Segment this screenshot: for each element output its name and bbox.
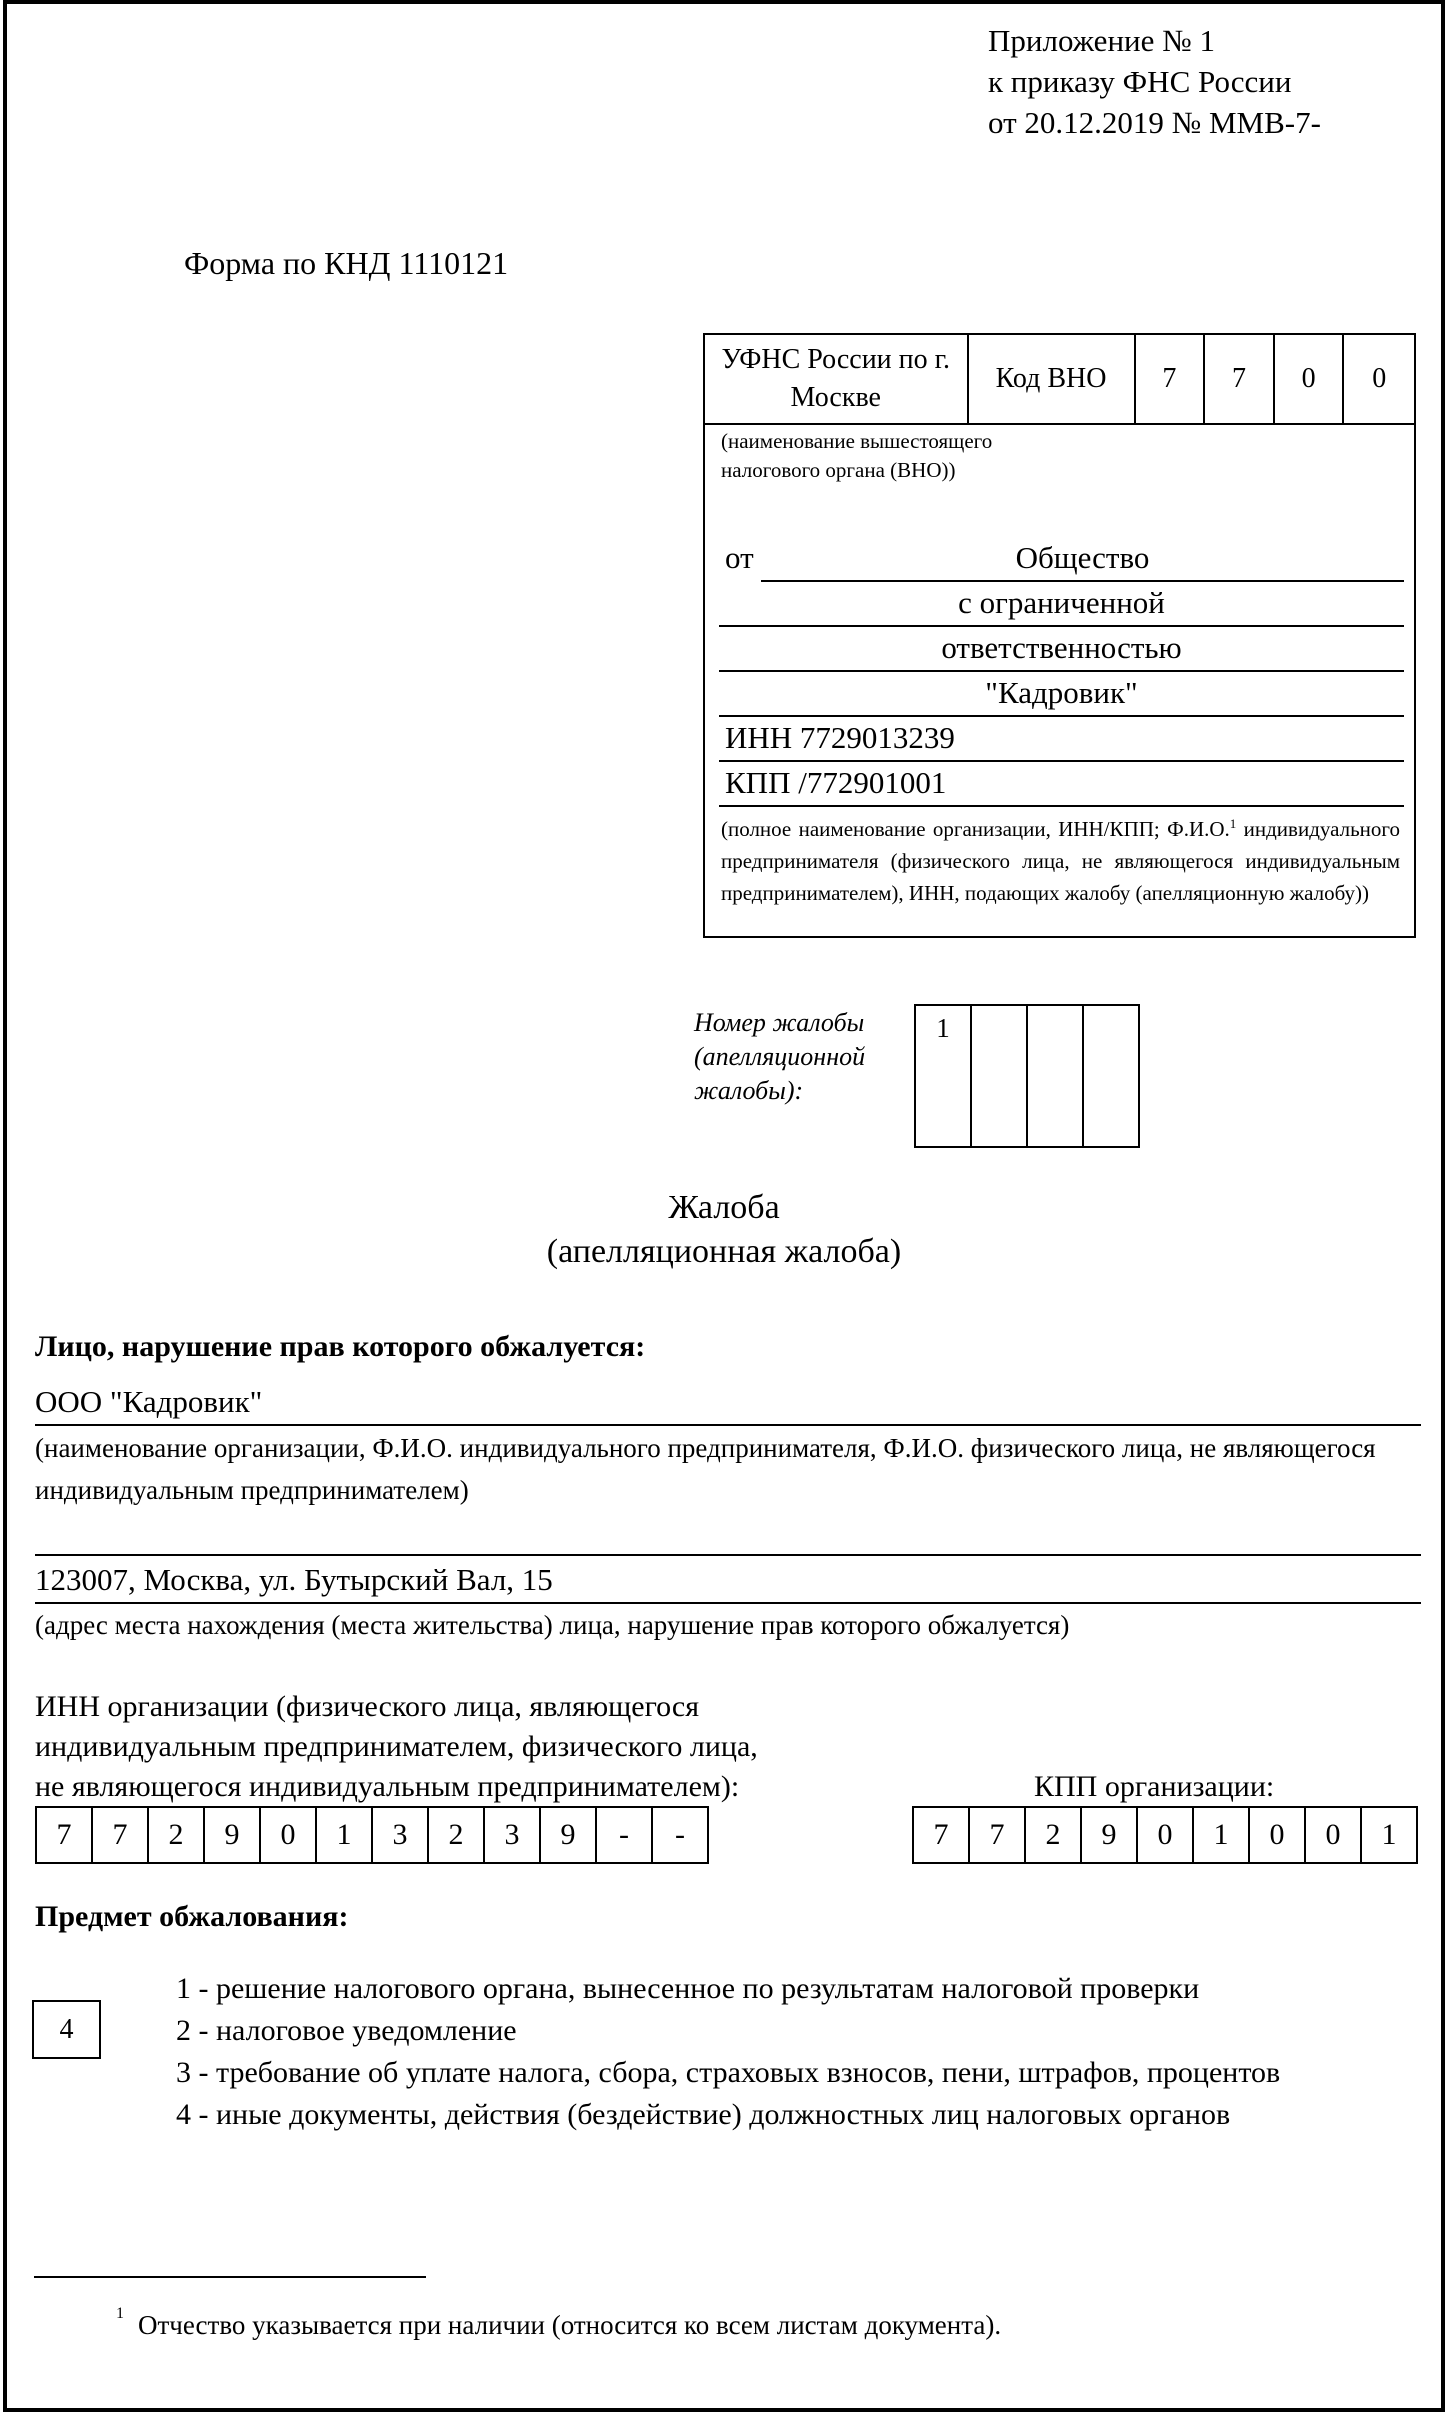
footnote-divider <box>34 2276 426 2278</box>
applicant-name-line[interactable]: ответственностью <box>719 626 1404 672</box>
vno-code-cell[interactable]: 7 <box>1136 335 1206 423</box>
document-title: Жалоба (апелляционная жалоба) <box>0 1186 1448 1274</box>
label-line: жалобы): <box>694 1074 865 1108</box>
subject-option: 2 - налоговое уведомление <box>176 2010 1280 2052</box>
vno-caption-line: налогового органа (ВНО)) <box>721 456 992 485</box>
inn-cell[interactable]: 9 <box>539 1806 597 1864</box>
title-subtitle: (апелляционная жалоба) <box>0 1230 1448 1274</box>
recipient-block: УФНС России по г. Москве Код ВНО 7 7 0 0… <box>703 333 1416 938</box>
applicant-name-line[interactable]: Общество <box>761 536 1404 582</box>
inn-cell[interactable]: 7 <box>35 1806 93 1864</box>
applicant-name-line[interactable]: "Кадровик" <box>719 671 1404 717</box>
footnote-text: Отчество указывается при наличии (относи… <box>138 2310 1001 2340</box>
complaint-number-cell[interactable] <box>1082 1004 1140 1148</box>
vno-caption-line: (наименование вышестоящего <box>721 427 992 456</box>
form-code: Форма по КНД 1110121 <box>184 245 508 282</box>
label-line: ИНН организации (физического лица, являю… <box>35 1687 758 1727</box>
complaint-number-label: Номер жалобы (апелляционной жалобы): <box>694 1006 865 1108</box>
kpp-cells: 7 7 2 9 0 1 0 0 1 <box>912 1806 1418 1864</box>
inn-cell[interactable]: 2 <box>147 1806 205 1864</box>
footnote-mark: 1 <box>116 2305 124 2322</box>
subject-option: 4 - иные документы, действия (бездействи… <box>176 2094 1280 2136</box>
applicant-caption: (полное наименование организации, ИНН/КП… <box>721 808 1400 909</box>
label-line: (апелляционной <box>694 1040 865 1074</box>
kpp-cell[interactable]: 7 <box>912 1806 970 1864</box>
inn-cell[interactable]: 0 <box>259 1806 317 1864</box>
label-line: индивидуальным предпринимателем, физичес… <box>35 1727 758 1767</box>
from-prefix: от <box>725 536 754 580</box>
inn-cell[interactable]: - <box>651 1806 709 1864</box>
annex-header: Приложение № 1 к приказу ФНС России от 2… <box>988 20 1321 143</box>
violated-person-address-field[interactable]: 123007, Москва, ул. Бутырский Вал, 15 <box>35 1558 1421 1604</box>
applicant-caption-text: (полное наименование организации, ИНН/КП… <box>721 817 1230 841</box>
label-line: не являющегося индивидуальным предприним… <box>35 1767 758 1807</box>
subject-heading: Предмет обжалования: <box>35 1900 348 1934</box>
subject-code-field[interactable]: 4 <box>32 2000 101 2059</box>
inn-cell[interactable]: - <box>595 1806 653 1864</box>
kpp-cell[interactable]: 0 <box>1136 1806 1194 1864</box>
violated-person-name-field[interactable]: ООО "Кадровик" <box>35 1380 1421 1426</box>
vno-caption: (наименование вышестоящего налогового ор… <box>721 427 992 485</box>
applicant-inn-line[interactable]: ИНН 7729013239 <box>719 716 1404 762</box>
label-line: Номер жалобы <box>694 1006 865 1040</box>
vno-code-cell[interactable]: 0 <box>1275 335 1345 423</box>
complaint-number-cells: 1 <box>914 1004 1140 1148</box>
inn-cell[interactable]: 1 <box>315 1806 373 1864</box>
kpp-cell[interactable]: 1 <box>1360 1806 1418 1864</box>
kpp-cell[interactable]: 1 <box>1192 1806 1250 1864</box>
inn-cell[interactable]: 7 <box>91 1806 149 1864</box>
complaint-number-cell[interactable] <box>970 1004 1028 1148</box>
vno-row: УФНС России по г. Москве Код ВНО 7 7 0 0 <box>705 335 1414 425</box>
vno-code-cell[interactable]: 0 <box>1344 335 1414 423</box>
kpp-cell[interactable]: 7 <box>968 1806 1026 1864</box>
subject-option: 3 - требование об уплате налога, сбора, … <box>176 2052 1280 2094</box>
kpp-cell[interactable]: 2 <box>1024 1806 1082 1864</box>
inn-cell[interactable]: 2 <box>427 1806 485 1864</box>
footnote: 1Отчество указывается при наличии (относ… <box>116 2302 1001 2343</box>
divider <box>35 1554 1421 1556</box>
vno-name-field[interactable]: УФНС России по г. Москве <box>705 335 969 423</box>
inn-cell[interactable]: 3 <box>483 1806 541 1864</box>
vno-code-label: Код ВНО <box>969 335 1136 423</box>
inn-label: ИНН организации (физического лица, являю… <box>35 1687 758 1807</box>
annex-line: от 20.12.2019 № ММВ-7- <box>988 102 1321 143</box>
violated-person-address-hint: (адрес места нахождения (места жительств… <box>35 1604 1421 1646</box>
applicant-name-line[interactable]: с ограниченной <box>719 581 1404 627</box>
complaint-number-cell[interactable] <box>1026 1004 1084 1148</box>
subject-options: 1 - решение налогового органа, вынесенно… <box>176 1968 1280 2136</box>
subject-option: 1 - решение налогового органа, вынесенно… <box>176 1968 1280 2010</box>
complaint-number-cell[interactable]: 1 <box>914 1004 972 1148</box>
kpp-cell[interactable]: 9 <box>1080 1806 1138 1864</box>
kpp-cell[interactable]: 0 <box>1248 1806 1306 1864</box>
annex-line: Приложение № 1 <box>988 20 1321 61</box>
inn-cell[interactable]: 9 <box>203 1806 261 1864</box>
kpp-label: КПП организации: <box>1034 1767 1274 1807</box>
inn-cell[interactable]: 3 <box>371 1806 429 1864</box>
title-line: Жалоба <box>0 1186 1448 1230</box>
vno-code-cell[interactable]: 7 <box>1205 335 1275 423</box>
inn-cells: 7 7 2 9 0 1 3 2 3 9 - - <box>35 1806 709 1864</box>
annex-line: к приказу ФНС России <box>988 61 1321 102</box>
violated-person-name-hint: (наименование организации, Ф.И.О. индиви… <box>35 1427 1421 1511</box>
kpp-cell[interactable]: 0 <box>1304 1806 1362 1864</box>
violated-person-heading: Лицо, нарушение прав которого обжалуется… <box>35 1330 645 1364</box>
applicant-kpp-line[interactable]: КПП /772901001 <box>719 761 1404 807</box>
